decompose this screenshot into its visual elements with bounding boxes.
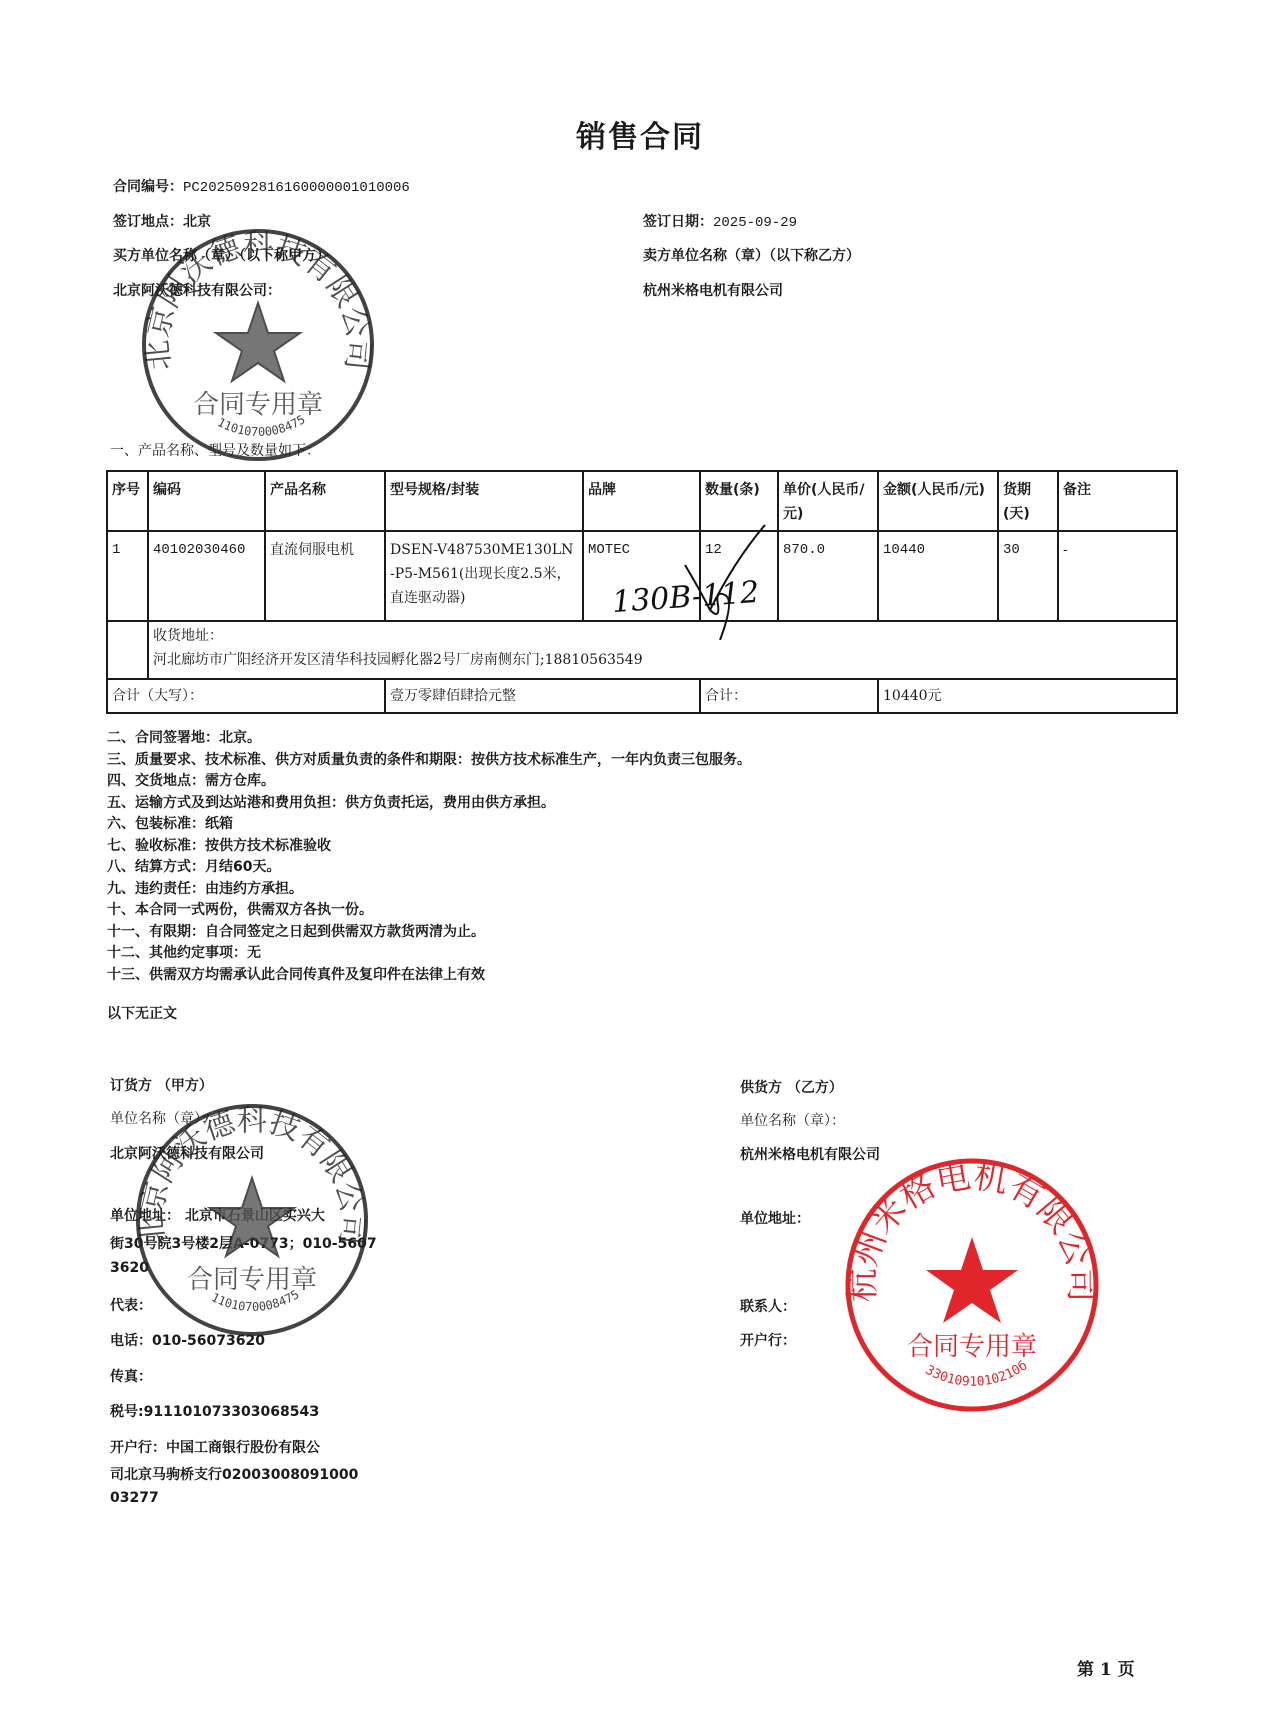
- term-item: 七、验收标准：按供方技术标准验收: [107, 836, 751, 858]
- buyer-bank-line1: 中国工商银行股份有限公: [166, 1440, 320, 1456]
- check-mark-icon: [680, 520, 770, 640]
- end-note: 以下无正文: [107, 1003, 177, 1023]
- cell-amount: 10440: [878, 531, 998, 621]
- term-item: 八、结算方式：月结60天。: [107, 857, 751, 879]
- buyer-company-seal-top: 北京阿沃德科技有限公司 1101070008475 合同专用章: [138, 225, 378, 465]
- sign-date-value: 2025-09-29: [713, 215, 797, 231]
- buyer-tax-label: 税号:: [110, 1404, 144, 1420]
- header-amount: 金额(人民币/元): [878, 471, 998, 531]
- buyer-fax-label: 传真：: [110, 1366, 152, 1386]
- address-cell: 收货地址： 河北廊坊市广阳经济开发区清华科技园孵化器2号厂房南侧东门;18810…: [148, 621, 1177, 679]
- header-remark: 备注: [1058, 471, 1177, 531]
- term-item: 九、违约责任：由违约方承担。: [107, 879, 751, 901]
- page-number: 第 1 页: [1077, 1655, 1135, 1680]
- cell-remark: -: [1058, 531, 1177, 621]
- seller-heading: 供货方 （乙方）: [740, 1077, 843, 1097]
- sign-date: 签订日期：2025-09-29: [643, 211, 797, 231]
- total-value: 10440元: [878, 679, 1177, 713]
- header-no: 序号: [107, 471, 148, 531]
- header-unit-price: 单价(人民币/元): [778, 471, 878, 531]
- buyer-bank-line3: 03277: [110, 1490, 159, 1506]
- table-header-row: 序号 编码 产品名称 型号规格/封装 品牌 数量(条) 单价(人民币/元) 金额…: [107, 471, 1177, 531]
- star-icon: [216, 303, 300, 381]
- contract-number: 合同编号：PC2025092816160000001010006: [113, 176, 410, 196]
- buyer-bank-line2: 司北京马驹桥支行02003008091000: [110, 1464, 358, 1484]
- contract-number-label: 合同编号：: [113, 179, 183, 195]
- document-title: 销售合同: [0, 112, 1280, 156]
- svg-text:合同专用章: 合同专用章: [193, 390, 323, 420]
- buyer-company-seal-bottom: 北京阿沃德科技有限公司 1101070008475 合同专用章: [132, 1100, 372, 1340]
- term-item: 二、合同签署地：北京。: [107, 728, 751, 750]
- header-product-name: 产品名称: [265, 471, 385, 531]
- buyer-tax-value: 91110107330306854З: [144, 1404, 320, 1420]
- term-item: 四、交货地点：需方仓库。: [107, 771, 751, 793]
- seller-contact-label: 联系人：: [740, 1296, 796, 1316]
- buyer-bank-label: 开户行：: [110, 1440, 166, 1456]
- svg-text:3301091010210б: 3301091010210б: [923, 1358, 1031, 1390]
- svg-text:合同专用章: 合同专用章: [907, 1332, 1037, 1362]
- term-item: 十一、有限期：自合同签定之日起到供需双方款货两清为止。: [107, 922, 751, 944]
- svg-text:合同专用章: 合同专用章: [187, 1265, 317, 1295]
- cell-no: 1: [107, 531, 148, 621]
- total-row: 合计（大写）： 壹万零肆佰肆拾元整 合计： 10440元: [107, 679, 1177, 713]
- seller-unit-name-label: 单位名称（章）：: [740, 1110, 845, 1130]
- contract-number-value: PC2025092816160000001010006: [183, 180, 410, 196]
- term-item: 六、包装标准：纸箱: [107, 814, 751, 836]
- cell-model: DSEN-V487530ME130LN-P5-M561(出现长度2.5米，直连驱…: [385, 531, 583, 621]
- total-upper-value: 壹万零肆佰肆拾元整: [385, 679, 700, 713]
- buyer-tax: 税号:91110107330306854З: [110, 1401, 319, 1421]
- term-item: 五、运输方式及到达站港和费用负担：供方负责托运，费用由供方承担。: [107, 793, 751, 815]
- address-label: 收货地址：: [153, 624, 1172, 648]
- address-value: 河北廊坊市广阳经济开发区清华科技园孵化器2号厂房南侧东门;18810563549: [153, 648, 1172, 672]
- seller-company-seal: 杭州米格电机有限公司 3301091010210б 合同专用章: [842, 1155, 1102, 1415]
- address-blank-cell: [107, 621, 148, 679]
- cell-lead-time: 30: [998, 531, 1058, 621]
- seller-name: 杭州米格电机有限公司: [643, 280, 783, 300]
- total-upper-label: 合计（大写）：: [107, 679, 385, 713]
- term-item: 十、本合同一式两份，供需双方各执一份。: [107, 900, 751, 922]
- seller-address-label: 单位地址：: [740, 1208, 810, 1228]
- header-lead-time: 货期(天): [998, 471, 1058, 531]
- term-item: 三、质量要求、技术标准、供方对质量负责的条件和期限：按供方技术标准生产，一年内负…: [107, 750, 751, 772]
- buyer-heading: 订货方 （甲方）: [110, 1075, 213, 1095]
- buyer-bank: 开户行：中国工商银行股份有限公: [110, 1437, 320, 1457]
- cell-unit-price: 870.0: [778, 531, 878, 621]
- terms-list: 二、合同签署地：北京。 三、质量要求、技术标准、供方对质量负责的条件和期限：按供…: [107, 728, 751, 986]
- term-item: 十三、供需双方均需承认此合同传真件及复印件在法律上有效: [107, 965, 751, 987]
- total-label: 合计：: [700, 679, 878, 713]
- term-item: 十二、其他约定事项：无: [107, 943, 751, 965]
- header-model: 型号规格/封装: [385, 471, 583, 531]
- seller-label: 卖方单位名称（章）（以下称乙方）: [643, 245, 860, 265]
- sign-date-label: 签订日期：: [643, 214, 713, 230]
- seller-bank-label: 开户行：: [740, 1330, 796, 1350]
- address-row: 收货地址： 河北廊坊市广阳经济开发区清华科技园孵化器2号厂房南侧东门;18810…: [107, 621, 1177, 679]
- cell-code: 40102030460: [148, 531, 265, 621]
- header-code: 编码: [148, 471, 265, 531]
- cell-product-name: 直流伺服电机: [265, 531, 385, 621]
